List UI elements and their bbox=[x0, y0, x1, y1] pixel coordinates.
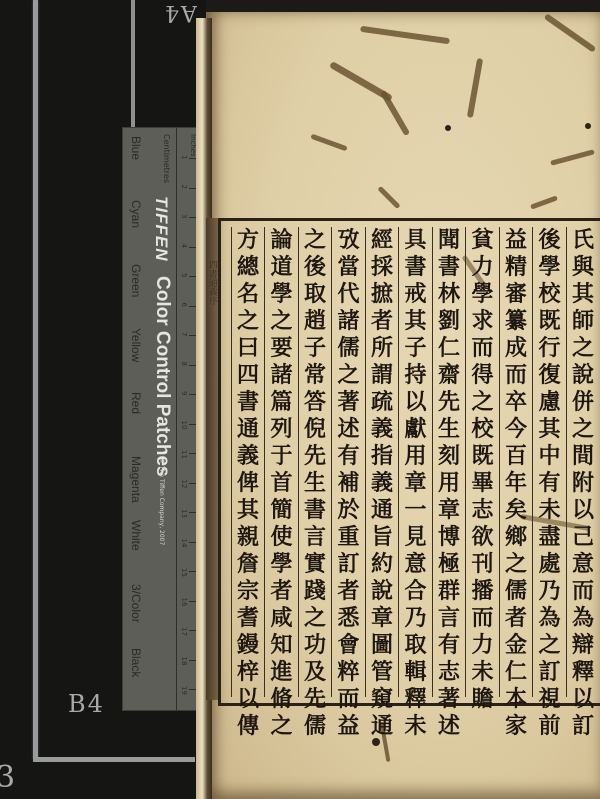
character: 子 bbox=[404, 335, 426, 362]
character: 之 bbox=[505, 551, 527, 578]
card-title: Color Control Patches bbox=[151, 276, 173, 477]
character: 之 bbox=[337, 362, 359, 389]
character: 子 bbox=[304, 335, 326, 362]
character: 訂 bbox=[538, 659, 560, 686]
character: 戒 bbox=[404, 281, 426, 308]
character: 己 bbox=[572, 524, 594, 551]
character: 會 bbox=[337, 632, 359, 659]
character: 書 bbox=[237, 389, 259, 416]
character: 之 bbox=[538, 632, 560, 659]
character: 書 bbox=[304, 497, 326, 524]
card-copyright: © The Tiffen Company, 2007 bbox=[158, 458, 165, 545]
character: 師 bbox=[572, 308, 594, 335]
text-column: 具書戒其子持以獻用章一見意合乃取輯釋未 bbox=[398, 227, 432, 697]
character: 者 bbox=[505, 605, 527, 632]
ruler-number: 11 bbox=[180, 450, 188, 459]
character: 而 bbox=[572, 578, 594, 605]
character: 既 bbox=[538, 308, 560, 335]
board-label-corner: 3 bbox=[0, 760, 17, 795]
character: 力 bbox=[471, 632, 493, 659]
character: 持 bbox=[404, 362, 426, 389]
character: 詹 bbox=[237, 551, 259, 578]
character: 首 bbox=[270, 470, 292, 497]
character: 欲 bbox=[471, 524, 493, 551]
character: 通 bbox=[371, 713, 393, 740]
character: 校 bbox=[471, 416, 493, 443]
character: 訂 bbox=[337, 551, 359, 578]
text-column: 經採摭者所謂疏義指義通旨約說章圖管窺通 bbox=[365, 227, 399, 697]
ruler-label: Centimetres bbox=[162, 134, 171, 183]
ruler-number: 18 bbox=[180, 657, 188, 666]
character: 之 bbox=[304, 227, 326, 254]
character: 一 bbox=[404, 497, 426, 524]
text-column: 聞書林劉仁齋先生刻用章博極群言有志著述 bbox=[432, 227, 466, 697]
character: 志 bbox=[438, 659, 460, 686]
character: 以 bbox=[572, 497, 594, 524]
character: 于 bbox=[270, 443, 292, 470]
character: 重 bbox=[337, 524, 359, 551]
ruler-number: 8 bbox=[180, 362, 188, 366]
board-guide-line-vertical bbox=[33, 0, 38, 760]
character: 傳 bbox=[237, 713, 259, 740]
character: 與 bbox=[572, 254, 594, 281]
character: 梓 bbox=[237, 659, 259, 686]
character: 採 bbox=[371, 254, 393, 281]
character: 趙 bbox=[304, 308, 326, 335]
character: 益 bbox=[505, 227, 527, 254]
character: 仁 bbox=[505, 659, 527, 686]
character: 著 bbox=[438, 686, 460, 713]
character: 述 bbox=[438, 713, 460, 740]
character: 章 bbox=[438, 497, 460, 524]
character: 儒 bbox=[505, 578, 527, 605]
character: 貧 bbox=[471, 227, 493, 254]
character: 極 bbox=[438, 551, 460, 578]
character: 復 bbox=[538, 362, 560, 389]
character: 得 bbox=[471, 362, 493, 389]
character: 以 bbox=[237, 686, 259, 713]
character: 脩 bbox=[270, 686, 292, 713]
character: 取 bbox=[404, 632, 426, 659]
character: 悉 bbox=[337, 605, 359, 632]
character: 齋 bbox=[438, 362, 460, 389]
character: 刊 bbox=[471, 551, 493, 578]
character: 諸 bbox=[270, 362, 292, 389]
character: 視 bbox=[538, 686, 560, 713]
character: 贍 bbox=[471, 686, 493, 713]
character: 成 bbox=[505, 335, 527, 362]
character: 疏 bbox=[371, 389, 393, 416]
patch-labels: BlueCyanGreenYellowRedMagentaWhite3/Colo… bbox=[127, 136, 143, 706]
character: 於 bbox=[337, 497, 359, 524]
board-guide-line-horizontal bbox=[33, 757, 195, 762]
character: 之 bbox=[270, 308, 292, 335]
character: 簡 bbox=[270, 497, 292, 524]
ruler-number: 5 bbox=[180, 273, 188, 277]
ruler-number: 3 bbox=[180, 214, 188, 218]
character: 使 bbox=[270, 524, 292, 551]
color-control-card: 12345678910111213141516171819 Inches Cen… bbox=[122, 127, 200, 711]
character: 而 bbox=[337, 686, 359, 713]
character: 說 bbox=[371, 578, 393, 605]
text-column: 之後取趙子常答倪先生書言實踐之功及先儒 bbox=[298, 227, 332, 697]
character: 義 bbox=[371, 416, 393, 443]
character: 儒 bbox=[337, 335, 359, 362]
text-column: 方總名之曰四書通義俾其親詹宗耆鏝梓以傳 bbox=[231, 227, 265, 697]
character: 而 bbox=[471, 335, 493, 362]
character: 倪 bbox=[304, 416, 326, 443]
character: 經 bbox=[371, 227, 393, 254]
character: 合 bbox=[404, 578, 426, 605]
character: 者 bbox=[270, 578, 292, 605]
character: 辯 bbox=[572, 632, 594, 659]
character: 義 bbox=[237, 443, 259, 470]
character: 咸 bbox=[270, 605, 292, 632]
ruler-number: 9 bbox=[180, 391, 188, 395]
character: 約 bbox=[371, 551, 393, 578]
character: 處 bbox=[538, 551, 560, 578]
character: 先 bbox=[438, 389, 460, 416]
ruler-number: 19 bbox=[180, 686, 188, 695]
character: 聞 bbox=[438, 227, 460, 254]
character: 用 bbox=[404, 443, 426, 470]
character: 曰 bbox=[237, 335, 259, 362]
ruler-number: 1 bbox=[180, 155, 188, 159]
board-label-b4: B4 bbox=[68, 690, 105, 718]
patch-label-white: White bbox=[129, 520, 143, 551]
character: 學 bbox=[270, 551, 292, 578]
tiffen-logo: TIFFEN bbox=[151, 196, 171, 262]
character: 乃 bbox=[538, 578, 560, 605]
character: 釋 bbox=[572, 659, 594, 686]
character: 諸 bbox=[337, 308, 359, 335]
patch-label-3-color: 3/Color bbox=[129, 584, 143, 623]
character: 中 bbox=[538, 443, 560, 470]
character: 書 bbox=[404, 254, 426, 281]
character: 及 bbox=[304, 659, 326, 686]
character: 今 bbox=[505, 416, 527, 443]
character: 俾 bbox=[237, 470, 259, 497]
character: 前 bbox=[538, 713, 560, 740]
character: 其 bbox=[538, 416, 560, 443]
character: 粹 bbox=[337, 659, 359, 686]
character: 用 bbox=[438, 470, 460, 497]
character: 仁 bbox=[438, 335, 460, 362]
ruler-number: 12 bbox=[180, 480, 188, 489]
character: 者 bbox=[337, 578, 359, 605]
character: 學 bbox=[270, 281, 292, 308]
character: 方 bbox=[237, 227, 259, 254]
character: 有 bbox=[438, 632, 460, 659]
character: 功 bbox=[304, 632, 326, 659]
character: 具 bbox=[404, 227, 426, 254]
patch-label-cyan: Cyan bbox=[129, 200, 143, 228]
character: 訂 bbox=[572, 713, 594, 740]
character: 未 bbox=[404, 713, 426, 740]
character: 補 bbox=[337, 470, 359, 497]
character: 後 bbox=[304, 254, 326, 281]
character: 畢 bbox=[471, 470, 493, 497]
character: 述 bbox=[337, 416, 359, 443]
board-guide-line-vertical-2 bbox=[131, 0, 135, 130]
character: 意 bbox=[572, 551, 594, 578]
character: 本 bbox=[505, 686, 527, 713]
character: 百 bbox=[505, 443, 527, 470]
ruler-number: 6 bbox=[180, 303, 188, 307]
character: 要 bbox=[270, 335, 292, 362]
character: 未 bbox=[538, 497, 560, 524]
character: 而 bbox=[505, 362, 527, 389]
character: 釋 bbox=[404, 686, 426, 713]
text-column: 後學校既行復慮其中有未盡處乃為之訂視前 bbox=[532, 227, 566, 697]
character: 親 bbox=[237, 524, 259, 551]
character: 指 bbox=[371, 443, 393, 470]
character: 卒 bbox=[505, 389, 527, 416]
character: 耆 bbox=[237, 605, 259, 632]
character: 盡 bbox=[538, 524, 560, 551]
character: 而 bbox=[471, 605, 493, 632]
character: 意 bbox=[404, 551, 426, 578]
character: 旨 bbox=[371, 524, 393, 551]
character: 窺 bbox=[371, 686, 393, 713]
patch-label-black: Black bbox=[129, 648, 143, 677]
character: 總 bbox=[237, 254, 259, 281]
ruler-number: 7 bbox=[180, 332, 188, 336]
board-label-a4: A4 bbox=[163, 0, 197, 25]
character: 其 bbox=[572, 281, 594, 308]
character: 志 bbox=[471, 497, 493, 524]
character: 精 bbox=[505, 254, 527, 281]
character: 見 bbox=[404, 524, 426, 551]
character: 言 bbox=[304, 524, 326, 551]
character: 取 bbox=[304, 281, 326, 308]
patch-label-yellow: Yellow bbox=[129, 328, 143, 362]
character: 群 bbox=[438, 578, 460, 605]
ruler-number: 17 bbox=[180, 627, 188, 636]
character: 為 bbox=[538, 605, 560, 632]
character: 謂 bbox=[371, 362, 393, 389]
character: 摭 bbox=[371, 281, 393, 308]
ruler-number: 13 bbox=[180, 509, 188, 518]
ruler-number: 10 bbox=[180, 421, 188, 430]
character: 宗 bbox=[237, 578, 259, 605]
character: 通 bbox=[237, 416, 259, 443]
character: 當 bbox=[337, 254, 359, 281]
character: 圖 bbox=[371, 632, 393, 659]
character: 生 bbox=[438, 416, 460, 443]
character: 行 bbox=[538, 335, 560, 362]
character: 踐 bbox=[304, 578, 326, 605]
character: 章 bbox=[371, 605, 393, 632]
character: 有 bbox=[538, 470, 560, 497]
character: 併 bbox=[572, 389, 594, 416]
character: 播 bbox=[471, 578, 493, 605]
character: 校 bbox=[538, 281, 560, 308]
patch-label-red: Red bbox=[129, 392, 143, 414]
character: 輯 bbox=[404, 659, 426, 686]
character: 氏 bbox=[572, 227, 594, 254]
character: 學 bbox=[538, 254, 560, 281]
character: 以 bbox=[404, 389, 426, 416]
character: 之 bbox=[304, 605, 326, 632]
character: 之 bbox=[237, 308, 259, 335]
character: 答 bbox=[304, 389, 326, 416]
character: 劉 bbox=[438, 308, 460, 335]
character: 知 bbox=[270, 632, 292, 659]
ruler-number: 2 bbox=[180, 185, 188, 189]
character: 進 bbox=[270, 659, 292, 686]
character: 先 bbox=[304, 443, 326, 470]
character: 先 bbox=[304, 686, 326, 713]
patch-label-magenta: Magenta bbox=[129, 456, 143, 503]
character: 為 bbox=[572, 605, 594, 632]
character: 間 bbox=[572, 443, 594, 470]
ruler-number: 14 bbox=[180, 539, 188, 548]
character: 其 bbox=[237, 497, 259, 524]
character: 之 bbox=[572, 416, 594, 443]
character: 章 bbox=[404, 470, 426, 497]
text-frame: 氏與其師之說併之間附以己意而為辯釋以訂後學校既行復慮其中有未盡處乃為之訂視前益精… bbox=[218, 218, 600, 706]
character: 附 bbox=[572, 470, 594, 497]
character: 書 bbox=[438, 254, 460, 281]
character: 之 bbox=[572, 335, 594, 362]
character: 慮 bbox=[538, 389, 560, 416]
character: 矣 bbox=[505, 497, 527, 524]
character: 之 bbox=[270, 713, 292, 740]
text-column: 論道學之要諸篇列于首簡使學者咸知進脩之 bbox=[264, 227, 298, 697]
character: 四 bbox=[237, 362, 259, 389]
character: 言 bbox=[438, 605, 460, 632]
text-column: 貧力學求而得之校既畢志欲刊播而力未贍 bbox=[465, 227, 499, 697]
text-column: 益精審纂成而卒今百年矣鄉之儒者金仁本家 bbox=[499, 227, 533, 697]
character: 纂 bbox=[505, 308, 527, 335]
patch-label-blue: Blue bbox=[129, 136, 143, 160]
character: 年 bbox=[505, 470, 527, 497]
character: 未 bbox=[471, 659, 493, 686]
character: 攷 bbox=[337, 227, 359, 254]
character: 乃 bbox=[404, 605, 426, 632]
character: 管 bbox=[371, 659, 393, 686]
character: 實 bbox=[304, 551, 326, 578]
character: 通 bbox=[371, 497, 393, 524]
character: 代 bbox=[337, 281, 359, 308]
character: 論 bbox=[270, 227, 292, 254]
character: 常 bbox=[304, 362, 326, 389]
character: 獻 bbox=[404, 416, 426, 443]
character: 著 bbox=[337, 389, 359, 416]
character: 說 bbox=[572, 362, 594, 389]
character: 金 bbox=[505, 632, 527, 659]
character: 生 bbox=[304, 470, 326, 497]
character: 鏝 bbox=[237, 632, 259, 659]
patch-label-green: Green bbox=[129, 264, 143, 297]
character: 篇 bbox=[270, 389, 292, 416]
character: 益 bbox=[337, 713, 359, 740]
character: 學 bbox=[471, 281, 493, 308]
character: 刻 bbox=[438, 443, 460, 470]
character: 其 bbox=[404, 308, 426, 335]
text-column: 攷當代諸儒之著述有補於重訂者悉會粹而益 bbox=[331, 227, 365, 697]
character: 博 bbox=[438, 524, 460, 551]
character: 鄉 bbox=[505, 524, 527, 551]
character: 儒 bbox=[304, 713, 326, 740]
character: 後 bbox=[538, 227, 560, 254]
character: 義 bbox=[371, 470, 393, 497]
character: 者 bbox=[371, 308, 393, 335]
character: 以 bbox=[572, 686, 594, 713]
text-column: 氏與其師之說併之間附以己意而為辯釋以訂 bbox=[566, 227, 600, 697]
character: 道 bbox=[270, 254, 292, 281]
ruler-number: 15 bbox=[180, 568, 188, 577]
character: 名 bbox=[237, 281, 259, 308]
character: 既 bbox=[471, 443, 493, 470]
character: 之 bbox=[471, 389, 493, 416]
character: 力 bbox=[471, 254, 493, 281]
character: 有 bbox=[337, 443, 359, 470]
character: 所 bbox=[371, 335, 393, 362]
ruler-number: 4 bbox=[180, 244, 188, 248]
character: 求 bbox=[471, 308, 493, 335]
character: 家 bbox=[505, 713, 527, 740]
character: 林 bbox=[438, 281, 460, 308]
ruler-number: 16 bbox=[180, 598, 188, 607]
character: 列 bbox=[270, 416, 292, 443]
character: 審 bbox=[505, 281, 527, 308]
